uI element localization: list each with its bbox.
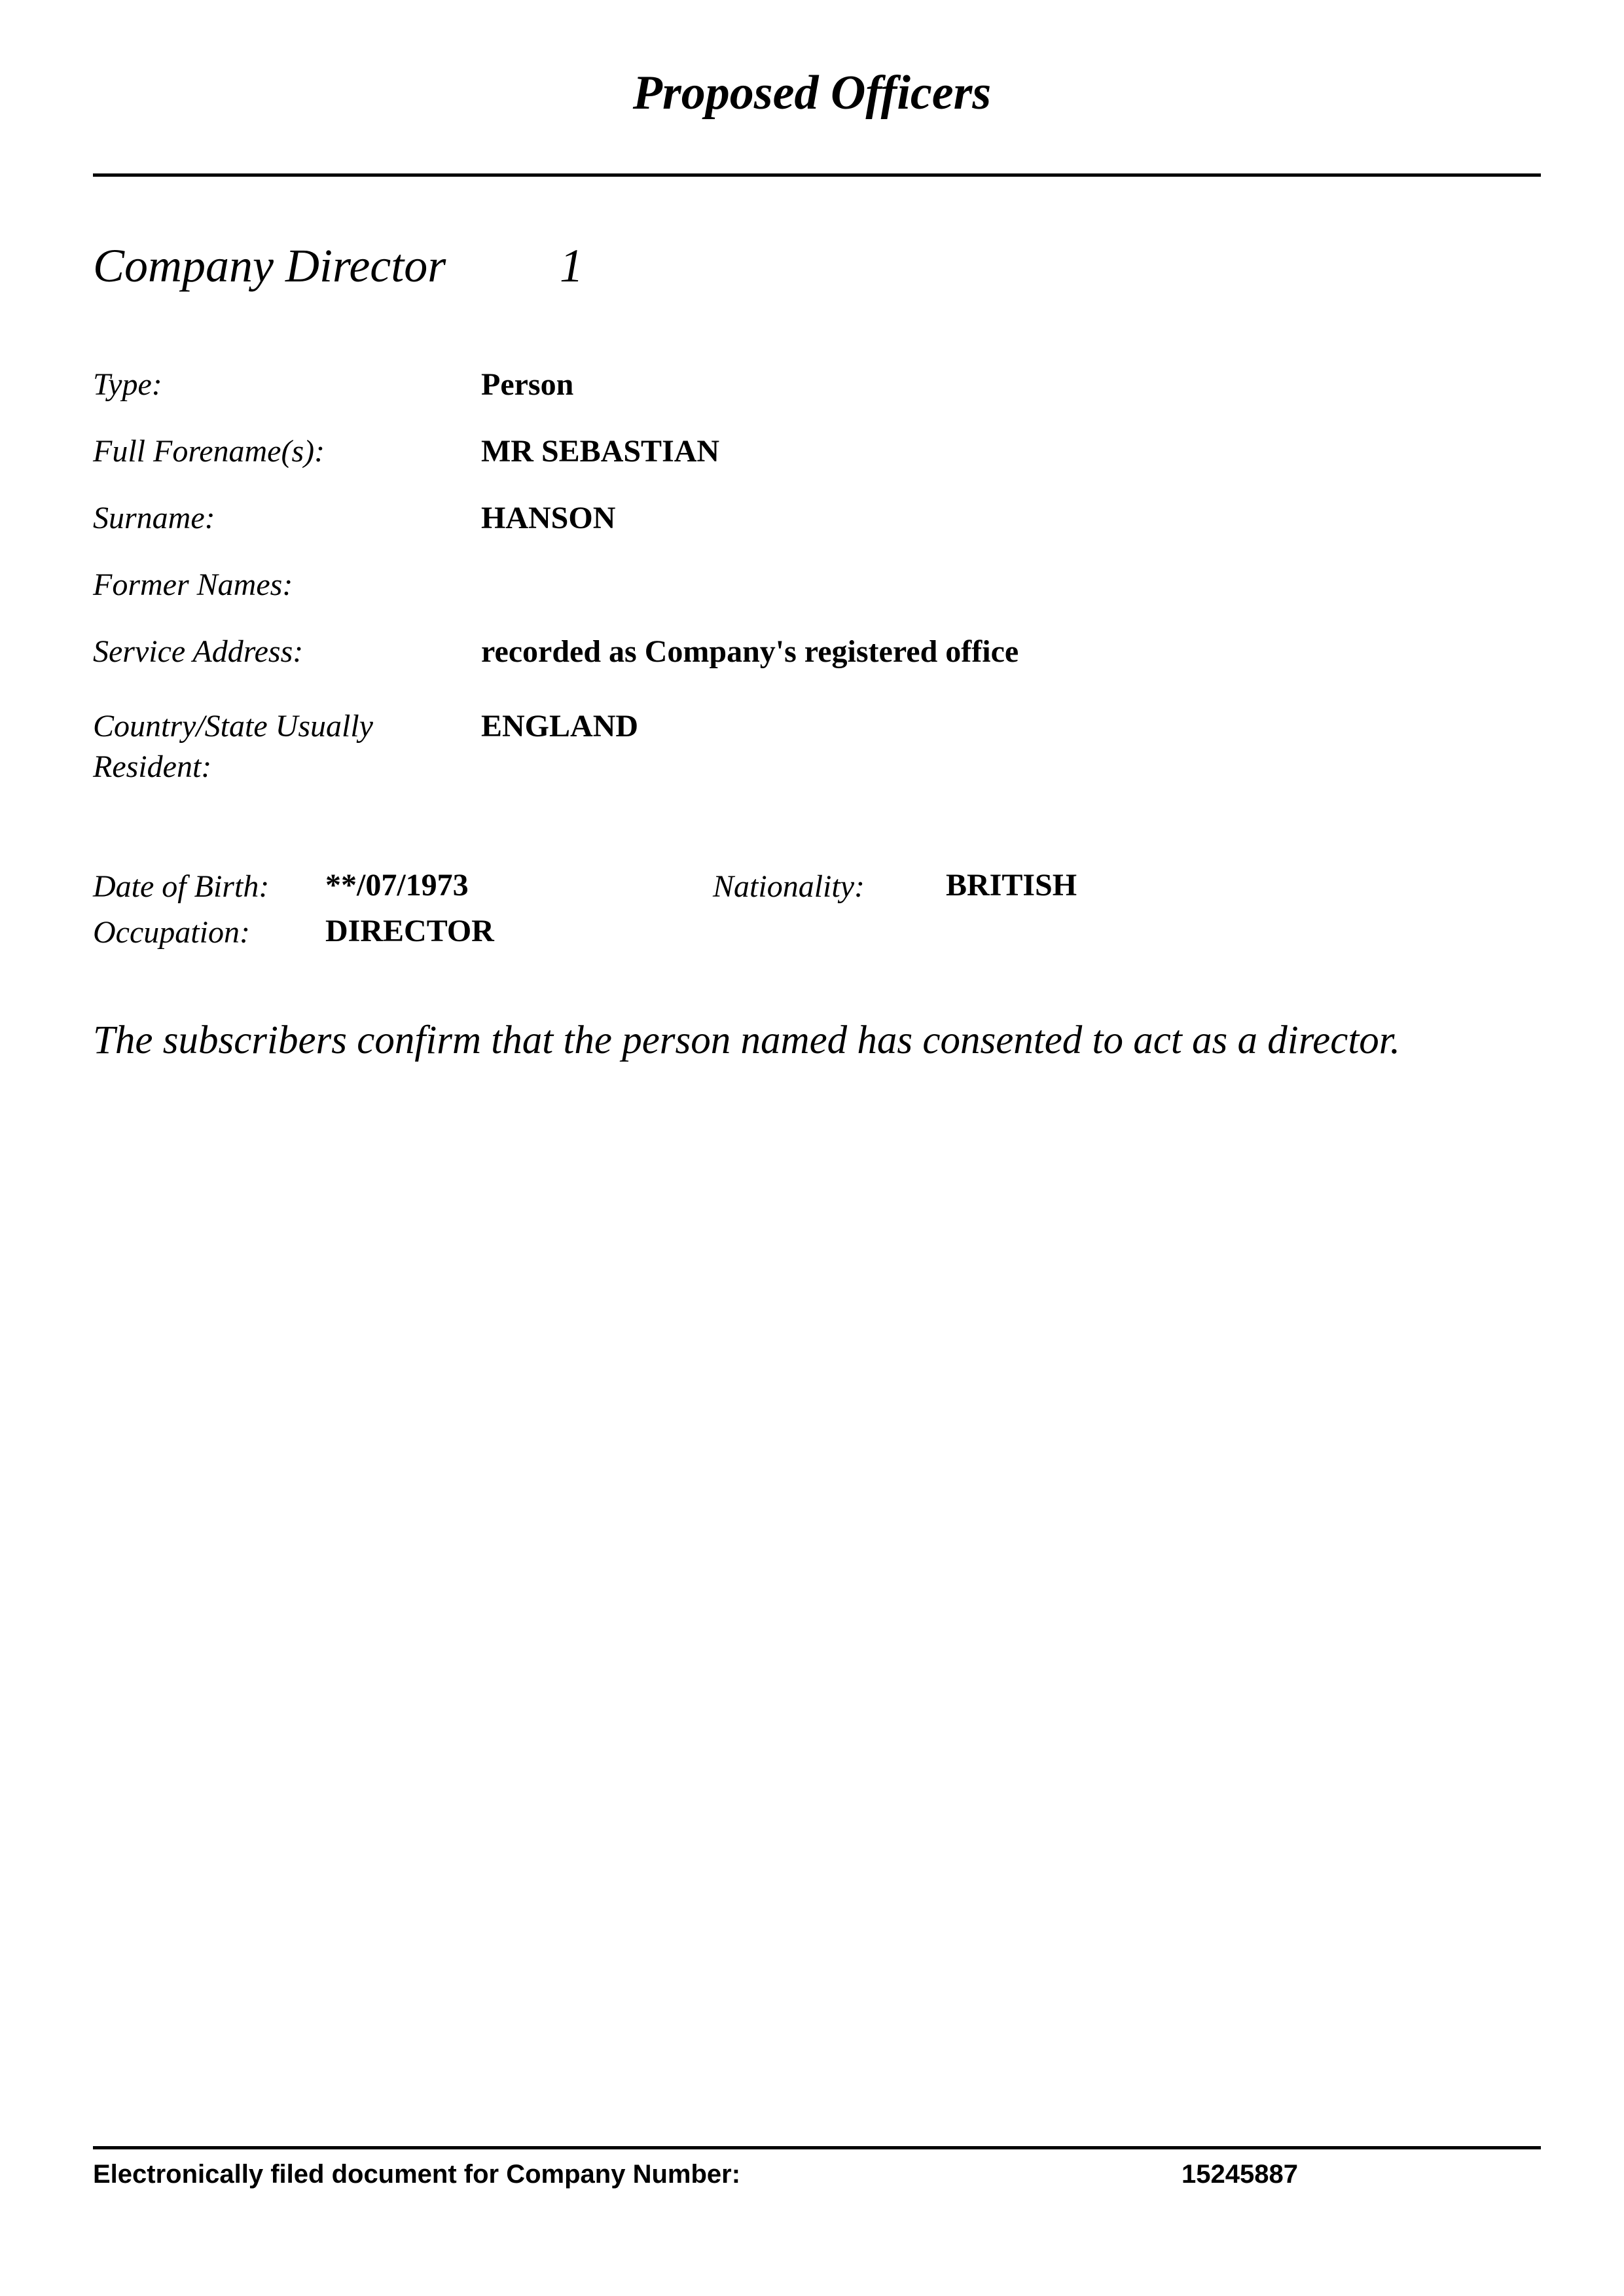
occupation-label: Occupation: xyxy=(93,914,250,950)
top-divider xyxy=(93,173,1541,177)
service-address-label: Service Address: xyxy=(93,634,303,670)
section-title: Company Director xyxy=(93,239,446,293)
nationality-label: Nationality: xyxy=(713,869,865,905)
type-value: Person xyxy=(481,367,573,403)
forenames-value: MR SEBASTIAN xyxy=(481,433,719,469)
company-number: 15245887 xyxy=(1182,2160,1298,2189)
occupation-value: DIRECTOR xyxy=(325,913,494,949)
surname-label: Surname: xyxy=(93,500,215,536)
forenames-label: Full Forename(s): xyxy=(93,433,325,469)
dob-label: Date of Birth: xyxy=(93,869,269,905)
type-label: Type: xyxy=(93,367,162,403)
nationality-value: BRITISH xyxy=(946,867,1077,903)
former-names-label: Former Names: xyxy=(93,567,293,603)
country-label-line2: Resident: xyxy=(93,749,211,785)
section-number: 1 xyxy=(560,239,583,293)
consent-statement: The subscribers confirm that the person … xyxy=(93,1018,1400,1064)
country-label-line1: Country/State Usually xyxy=(93,708,373,744)
dob-value: **/07/1973 xyxy=(325,867,469,903)
surname-value: HANSON xyxy=(481,500,615,536)
footer-label: Electronically filed document for Compan… xyxy=(93,2160,740,2189)
page-title: Proposed Officers xyxy=(0,65,1624,121)
country-value: ENGLAND xyxy=(481,708,638,744)
service-address-value: recorded as Company's registered office xyxy=(481,634,1019,670)
bottom-divider xyxy=(93,2146,1541,2149)
